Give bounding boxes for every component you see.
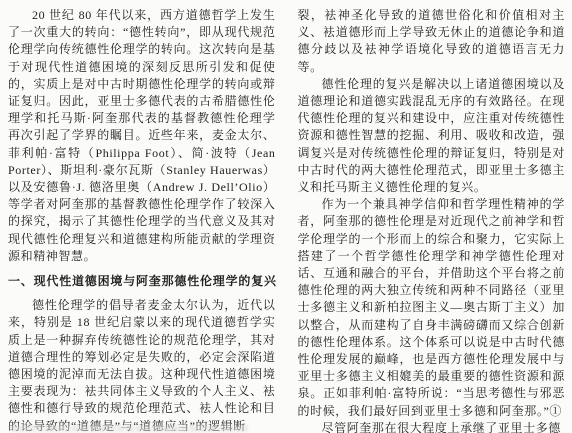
- paragraph-continuation: 裂，袪神圣化导致的道德世俗化和价值相对主义、袪道德形而上学导致无休止的道德论争和…: [298, 7, 566, 76]
- paragraph: 德性伦理学的倡导者麦金太尔认为，近代以来，特别是 18 世纪启蒙以来的现代道德哲…: [8, 297, 276, 433]
- paragraph: 尽管阿奎那在很大程度上承继了亚里士多德: [298, 420, 566, 433]
- left-column: 20 世纪 80 年代以来，西方道德哲学上发生了一次重大的转向：“德性转向”，即…: [8, 7, 276, 433]
- paragraph: 作为一个兼具神学信仰和哲学理性精神的学者，阿奎那的德性伦理是对近现代之前神学和哲…: [298, 196, 566, 420]
- section-heading: 一、现代性道德困境与阿奎那德性伦理学的复兴: [8, 273, 276, 290]
- paragraph: 德性伦理的复兴是解决以上诸道德困境以及道德理论和道德实践混乱无序的有效路径。在现…: [298, 76, 566, 196]
- scanned-paper-page: 20 世纪 80 年代以来，西方道德哲学上发生了一次重大的转向：“德性转向”，即…: [0, 0, 572, 433]
- right-column: 裂，袪神圣化导致的道德世俗化和价值相对主义、袪道德形而上学导致无休止的道德论争和…: [298, 7, 566, 433]
- paragraph: 20 世纪 80 年代以来，西方道德哲学上发生了一次重大的转向：“德性转向”，即…: [8, 7, 276, 265]
- cutoff-footnote-line: [10, 425, 248, 432]
